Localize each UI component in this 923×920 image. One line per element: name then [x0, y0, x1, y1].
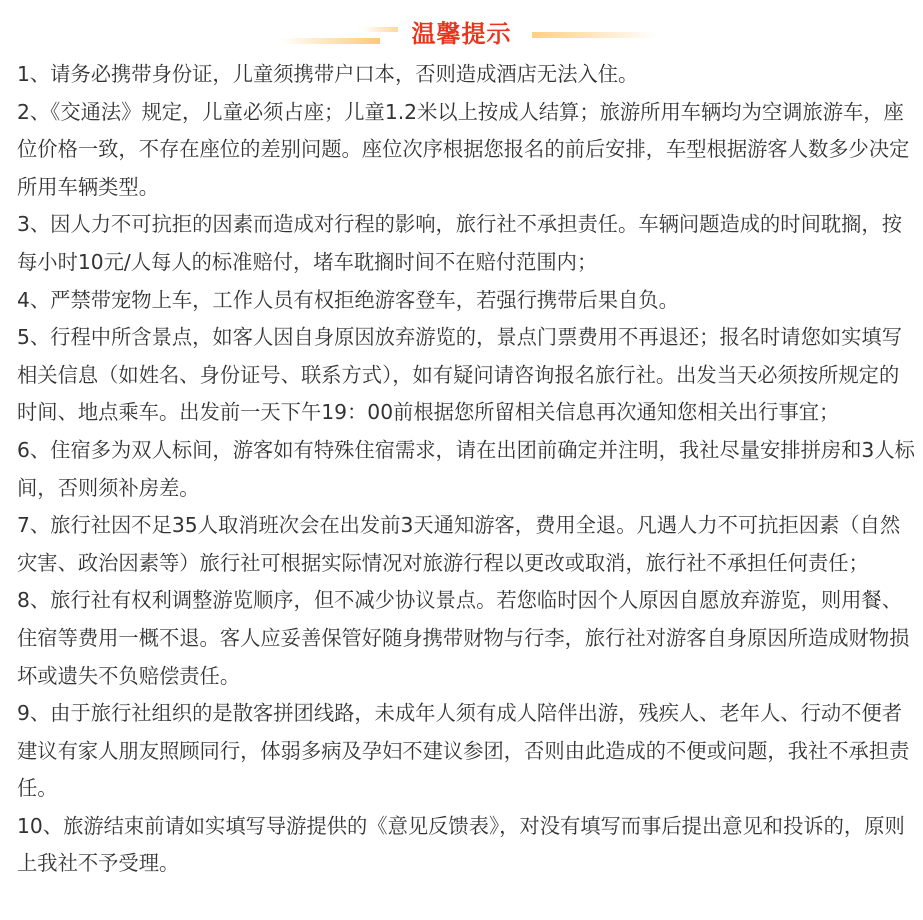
section-header: 温馨提示: [0, 14, 923, 58]
section-title: 温馨提示: [0, 18, 923, 50]
notice-item-4: 4、严禁带宠物上车，工作人员有权拒绝游客登车，若强行携带后果自负。: [17, 282, 917, 320]
notice-item-2: 2、《交通法》规定，儿童必须占座；儿童1.2米以上按成人结算；旅游所用车辆均为空…: [17, 94, 917, 207]
notice-item-10: 10、旅游结束前请如实填写导游提供的《意见反馈表》，对没有填写而事后提出意见和投…: [17, 808, 917, 883]
notice-item-3: 3、因人力不可抗拒的因素而造成对行程的影响，旅行社不承担责任。车辆问题造成的时间…: [17, 206, 917, 281]
notice-item-5: 5、行程中所含景点，如客人因自身原因放弃游览的，景点门票费用不再退还；报名时请您…: [17, 319, 917, 432]
notice-item-8: 8、旅行社有权利调整游览顺序，但不减少协议景点。若您临时因个人原因自愿放弃游览，…: [17, 582, 917, 695]
notice-list: 1、请务必携带身份证，儿童须携带户口本，否则造成酒店无法入住。 2、《交通法》规…: [17, 56, 917, 883]
notice-item-9: 9、由于旅行社组织的是散客拼团线路，未成年人须有成人陪伴出游，残疾人、老年人、行…: [17, 695, 917, 808]
notice-item-6: 6、住宿多为双人标间，游客如有特殊住宿需求，请在出团前确定并注明，我社尽量安排拼…: [17, 432, 917, 507]
notice-item-1: 1、请务必携带身份证，儿童须携带户口本，否则造成酒店无法入住。: [17, 56, 917, 94]
decorative-bar-right: [532, 32, 657, 38]
notice-item-7: 7、旅行社因不足35人取消班次会在出发前3天通知游客，费用全退。凡遇人力不可抗拒…: [17, 507, 917, 582]
